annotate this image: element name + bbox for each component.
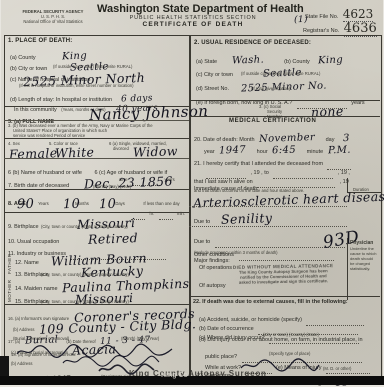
doc-title: CERTIFICATE OF DEATH: [97, 21, 289, 28]
divider: [4, 138, 189, 139]
registrar-tail: King Co: [161, 372, 188, 379]
divider: [347, 238, 348, 300]
divider: [4, 158, 189, 159]
page-title: Washington State Department of Health: [97, 3, 289, 15]
sex-label: 4. Sex: [8, 141, 20, 146]
certificate-document: FEDERAL SECURITY AGENCY U. S. P. H. S. N…: [1, 0, 383, 378]
age-hr-min-row: hr. min.: [131, 202, 185, 220]
sex-value: Female: [9, 145, 58, 162]
physician-sidebar: Physician Underline the cause to which d…: [350, 240, 380, 271]
age-days-value: 10: [99, 197, 117, 213]
age-years-value: 90: [17, 197, 35, 213]
died-without-attendance-stamp: DIED WITHOUT MEDICAL ATTENDANCE The King…: [233, 263, 334, 285]
divider: [4, 120, 189, 121]
registrar-signature: [97, 363, 157, 374]
divider: [189, 116, 380, 117]
due1-value: Senility: [220, 210, 272, 227]
divider: [4, 189, 189, 190]
marital-label-2: divorced: [113, 146, 129, 151]
major-findings-label: Major findings:: [194, 258, 230, 264]
divider: [189, 226, 347, 227]
age-days-label: Days: [115, 201, 125, 206]
divider: [4, 304, 189, 305]
autopsy-label: Of autopsy: [199, 283, 226, 289]
divider: [189, 206, 347, 207]
mother-side-label: MOTHER: [7, 278, 12, 302]
operations-label: Of operations: [199, 265, 232, 271]
divider: [4, 212, 189, 213]
funeral-addr-label: (b) Address: [11, 361, 32, 366]
signature-23-suffix: (M. D. or other): [323, 366, 351, 371]
agency-block: FEDERAL SECURITY AGENCY U. S. P. H. S. N…: [7, 9, 99, 24]
divider: [189, 296, 380, 297]
res-city-note: (If outside city or town limits, write R…: [241, 71, 320, 76]
other-conditions-blank: [239, 254, 334, 261]
medical-certification-title: MEDICAL CERTIFICATION: [229, 118, 316, 124]
place-of-death-title: 1. PLACE OF DEATH:: [8, 38, 73, 44]
divider: [189, 100, 380, 101]
residence-title: 2. USUAL RESIDENCE OF DECEASED:: [194, 40, 311, 46]
age-months-value: 10: [63, 197, 81, 213]
scan-artifact: [0, 356, 9, 378]
birthplace-note: (City, town or county) (State or foreign…: [41, 224, 128, 229]
cause-label: Immediate cause of death: [194, 186, 257, 192]
registrar-no-label: Registrar's No.: [303, 28, 339, 34]
agency-line-3: National Office of Vital Statistics: [7, 19, 99, 24]
due1-label: Due to: [194, 219, 210, 225]
burial-date-note: (Month) (Day) (Year): [121, 336, 159, 341]
external-title: 22. If death was due to external causes,…: [193, 299, 348, 305]
external-d-label: (d) Did injury occur in or about home, o…: [199, 337, 363, 343]
header-title-block: Washington State Department of Health PU…: [97, 3, 289, 28]
res-county-value: King: [318, 55, 343, 67]
other-conditions-note: (Include pregnancy within 3 months of de…: [194, 250, 278, 255]
age-min-blank: [159, 213, 173, 220]
scan-edge-bar: [0, 376, 384, 385]
father-side-label: FATHER: [7, 250, 12, 274]
age-years-label: Years: [38, 201, 49, 206]
physician-note: Underline the cause to which death shoul…: [350, 246, 378, 271]
